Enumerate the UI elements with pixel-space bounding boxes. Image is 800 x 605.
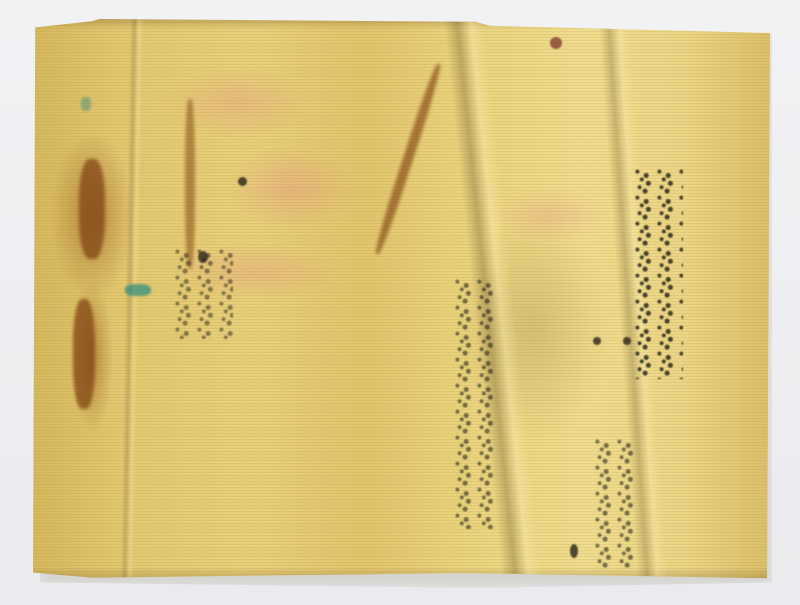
- mold-cluster-lower-right: [593, 439, 633, 569]
- photo-background: [0, 0, 800, 605]
- rust-streak-diagonal: [372, 62, 443, 255]
- rust-stain-left-upper: [79, 159, 105, 259]
- dark-spot: [593, 337, 601, 345]
- mold-cluster-right: [633, 169, 683, 379]
- dark-spot: [550, 37, 562, 49]
- dark-spot: [623, 337, 631, 345]
- fold-crease-left: [120, 19, 144, 581]
- teal-stain: [125, 284, 151, 296]
- rust-streak-center-left: [185, 99, 195, 269]
- mold-cluster-center: [453, 279, 493, 529]
- aged-textile-artifact: [33, 19, 770, 581]
- dark-spot: [570, 544, 578, 558]
- dark-spot: [238, 177, 247, 186]
- teal-stain-top: [81, 97, 91, 111]
- dark-spot: [198, 251, 208, 263]
- rust-stain-left-lower: [73, 299, 95, 409]
